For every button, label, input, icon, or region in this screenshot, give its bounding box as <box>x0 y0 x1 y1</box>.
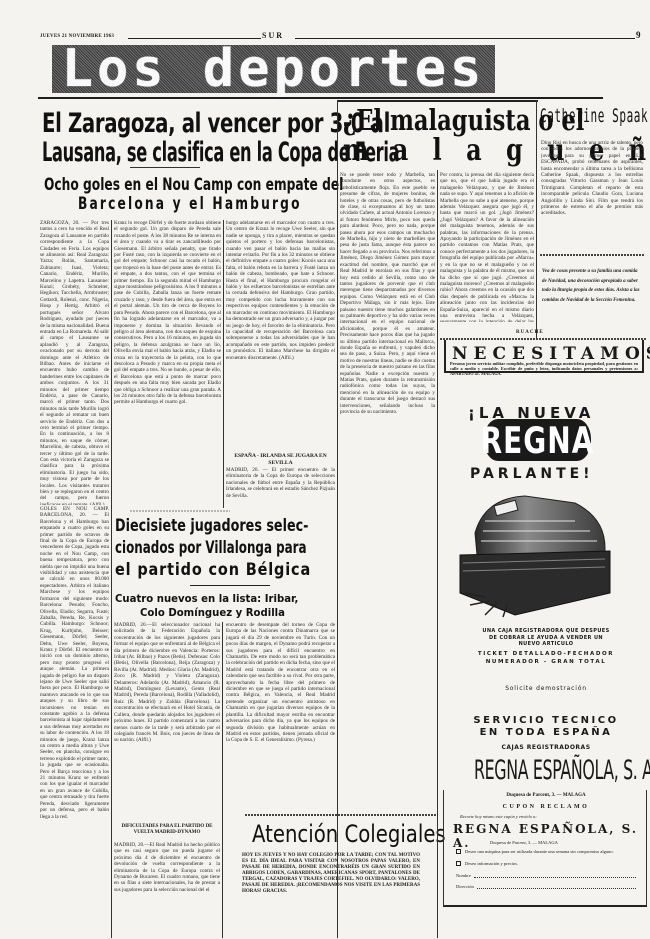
caption-line: NUEVO ARTICULO <box>456 641 636 648</box>
regna-logo-text: REGNA <box>481 419 595 462</box>
field-value[interactable] <box>477 884 636 889</box>
section-title: Los deportes <box>62 43 486 95</box>
malaguista-column-2: Por contra, la prensa del día siguiente … <box>440 172 534 322</box>
service-line: SERVICIO TECNICO <box>456 715 636 727</box>
option-label: Deseo información y precios. <box>465 861 518 866</box>
necesitamos-body: Persona joven servicio militar cumplido,… <box>450 361 638 376</box>
zaragoza-column-3: Kranz lo recoge Dörfel y de fuerte zurda… <box>114 220 221 505</box>
zaragoza-column-1: ZARAGOZA, 20. — Por tres tantos a cero h… <box>40 220 109 505</box>
zaragoza-subhead-line-2: Barcelona y el Hamburgo <box>78 196 302 213</box>
diecisiete-column-1: MADRID, 20.—El seleccionador nacional ha… <box>114 622 220 822</box>
caption-line: DE COBRAR LE AYUDA A VENDER UN <box>456 635 636 642</box>
madrid-dynamo-subhead: DIFICULTADES PARA EL PARTIDO DE VUELTA M… <box>114 824 220 836</box>
checkbox[interactable] <box>456 861 461 866</box>
byline: RUACHE <box>516 330 544 335</box>
address-field[interactable]: Dirección <box>456 884 636 889</box>
spaik-headline: Catherine Spaak <box>540 107 648 126</box>
caption-line: UNA CAJA REGISTRADORA QUE DESPUES <box>456 628 636 635</box>
name-field[interactable]: Nombre <box>456 873 636 878</box>
diecisiete-headline-line-2: cionados por Villalonga para <box>115 540 307 557</box>
field-value[interactable] <box>474 873 636 878</box>
field-label: Nombre <box>456 873 471 878</box>
page-number: 9 <box>636 30 641 40</box>
regna-caption: UNA CAJA REGISTRADORA QUE DESPUES DE COB… <box>456 628 636 648</box>
field-label: Dirección <box>456 884 474 889</box>
coupon-address: Duquesa de Parcent, 3. — MALAGA <box>490 840 558 845</box>
column-divider <box>111 520 112 938</box>
diecisiete-subhead-line-1: Cuatro nuevos en la lista: Iribar, <box>115 593 298 604</box>
option-label: Deseo una máquina para ser utilizada dur… <box>465 849 614 854</box>
column-divider <box>111 500 112 520</box>
coupon-brand: REGNA ESPAÑOLA, S. A. <box>453 822 650 850</box>
feature-line: TICKET DETALLADO-FECHADOR <box>456 651 636 659</box>
malaguista-column-1: No se puede tener todo y Marbella, tan a… <box>340 172 435 932</box>
section-banner: Los deportes <box>52 45 495 93</box>
madrid-dynamo-body: MADRID, 20.—El Real Madrid ha hecho públ… <box>114 842 220 902</box>
espana-irlanda-subhead: ESPAÑA - IRLANDA SE JUGARA EN SEVILLA <box>226 453 335 466</box>
spaik-body: Dino Risi en busca de una actriz de tale… <box>541 140 643 242</box>
diecisiete-headline-line-1: Diecisiete jugadores selec- <box>115 518 308 535</box>
diecisiete-column-2: encuentro de desempate del torneo de Cop… <box>226 622 335 815</box>
column-divider <box>223 220 224 508</box>
coupon-instruction: Recorte hoy mismo este cupón y envíelo a… <box>460 814 537 819</box>
notice-divider <box>540 254 644 256</box>
column-divider <box>222 622 223 938</box>
regna-demo: Solicite demostración <box>456 685 636 692</box>
column-divider <box>111 220 112 500</box>
regna-tagline: PARLANTE! <box>470 466 594 482</box>
coupon-title: CUPON RECLAMO <box>456 804 636 810</box>
section-divider <box>130 510 230 512</box>
column-divider <box>536 100 537 338</box>
zaragoza-column-4: burgo adelantarse en el marcador con cua… <box>226 220 335 452</box>
service-line: EN TODA ESPAÑA <box>456 727 636 739</box>
coupon-option[interactable]: Deseo una máquina para ser utilizada dur… <box>456 849 636 854</box>
coupon-option[interactable]: Deseo información y precios. <box>456 861 636 866</box>
checkbox[interactable] <box>456 849 461 854</box>
feature-line: NUMERADOR - GRAN TOTAL <box>456 659 636 667</box>
cash-register-illustration <box>455 493 615 621</box>
diecisiete-headline-line-3: el partido con Bélgica <box>115 562 311 579</box>
headline-divider <box>190 585 270 586</box>
regna-service: SERVICIO TECNICO EN TODA ESPAÑA <box>456 715 636 739</box>
diecisiete-subhead-line-2: Colo Domínguez y Rodilla <box>140 607 285 618</box>
headline-divider <box>130 167 200 168</box>
christmas-notice: Vea de cosas presente a su familia una c… <box>542 267 642 305</box>
regna-company: REGNA ESPAÑOLA, S. A. <box>474 756 618 786</box>
banner-rule <box>38 97 603 99</box>
zaragoza-subhead-line-1: Ocho goles en el Nou Camp con empate del <box>44 177 343 194</box>
regna-logo: REGNA <box>484 419 591 461</box>
column-divider <box>437 170 438 938</box>
regna-product-line: CAJAS REGISTRADORAS <box>456 744 636 751</box>
column-divider <box>337 100 338 938</box>
zaragoza-column-2: GOLES EN NOU CAMP. BARCELONA, 20. — El B… <box>40 506 109 911</box>
regna-features: TICKET DETALLADO-FECHADOR NUMERADOR - GR… <box>456 651 636 666</box>
top-rule <box>338 100 538 102</box>
espana-irlanda-body: MADRID, 20. — El primer encuentro de la … <box>226 467 335 507</box>
